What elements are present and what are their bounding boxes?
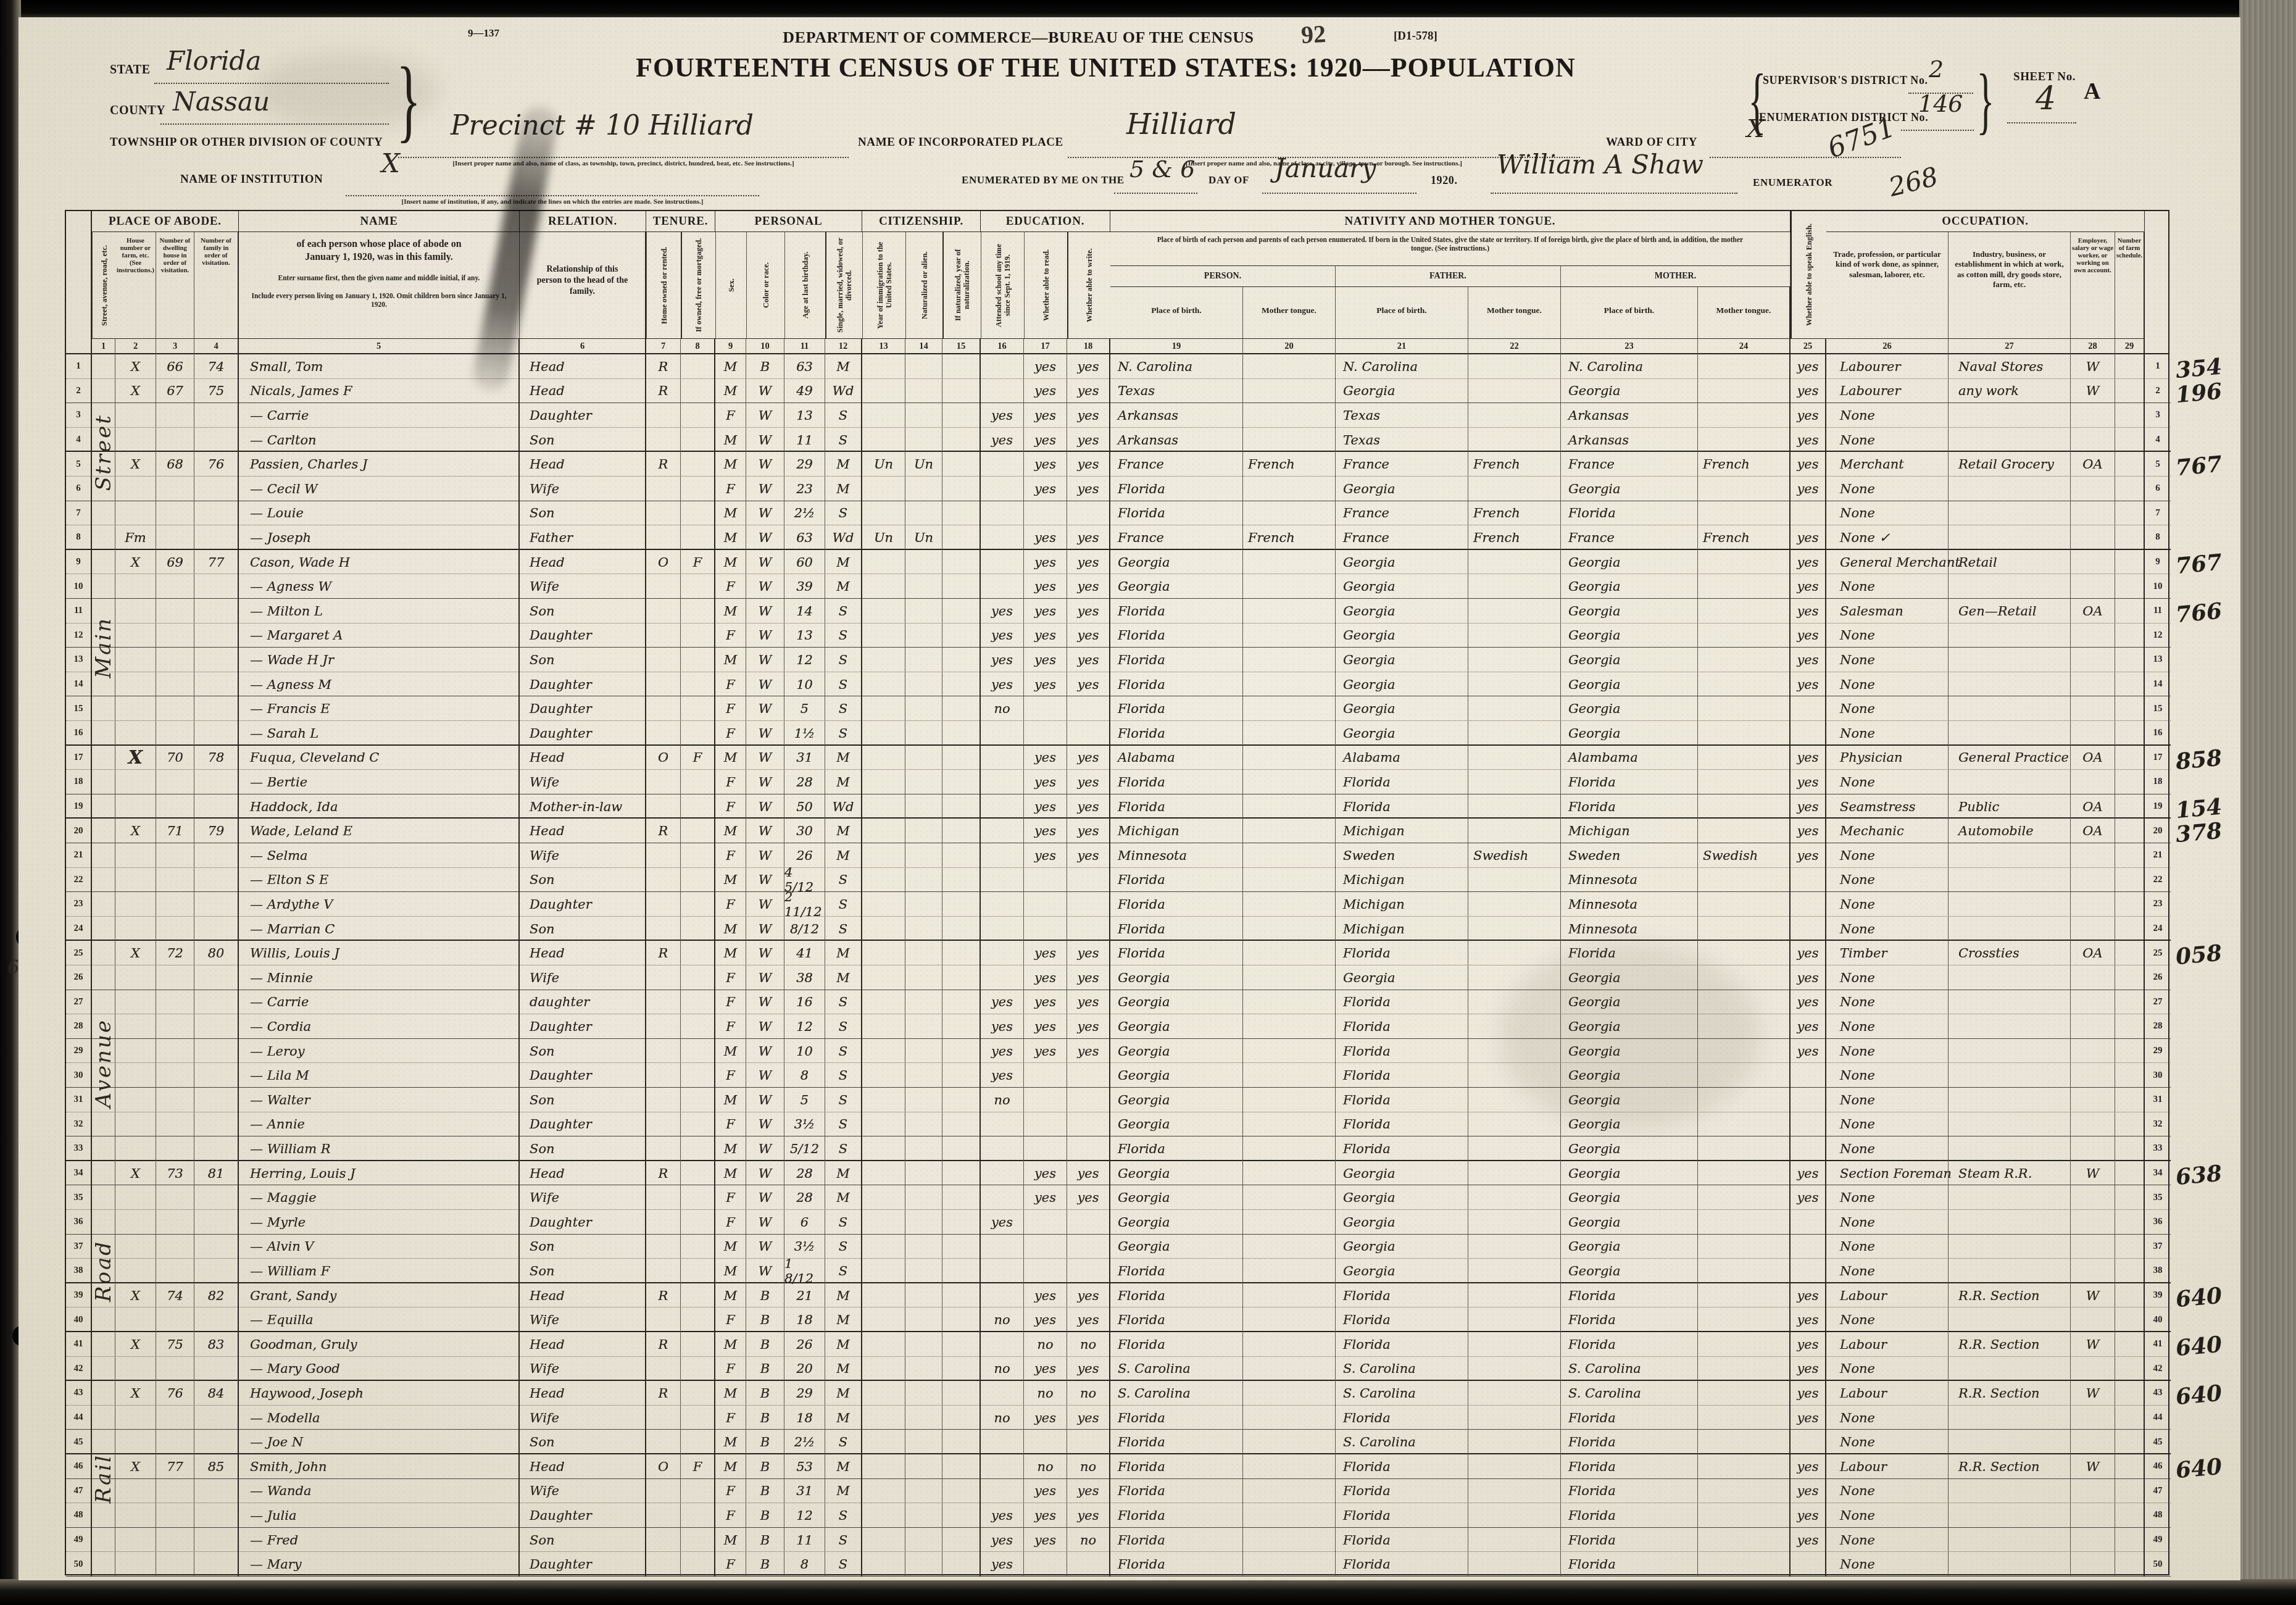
- value: French: [1473, 530, 1520, 545]
- cell-r12-c21: Georgia: [1336, 623, 1468, 648]
- cell-r46-c19: Florida: [1110, 1454, 1243, 1479]
- value: yes: [1077, 604, 1099, 619]
- cell-r38-c11: 1 8/12: [784, 1259, 825, 1283]
- cell-r41-c24: [1698, 1332, 1791, 1357]
- value: Son: [530, 1141, 555, 1156]
- cell-r10-c11: 39: [784, 574, 825, 599]
- table-row: 34X7381Herring, Louis JHeadRMW28MyesyesG…: [66, 1161, 2171, 1186]
- value: yes: [1077, 775, 1099, 790]
- value: — Carrie: [250, 994, 309, 1009]
- cell-r19-c3: [156, 794, 194, 819]
- cell-r40-c18: yes: [1067, 1307, 1110, 1332]
- value: B: [760, 1361, 770, 1376]
- value: Florida: [1343, 1459, 1391, 1474]
- cell-r15-c22: [1468, 696, 1561, 721]
- cell-r41-c21: Florida: [1336, 1332, 1468, 1357]
- value: None: [1840, 701, 1875, 716]
- header-col-9-number: 9: [715, 338, 746, 354]
- cell-r44-c3: [156, 1406, 194, 1430]
- value: Florida: [1343, 1533, 1391, 1548]
- value: 31: [796, 750, 813, 765]
- cell-r12-c8: [681, 623, 715, 648]
- value: yes: [1797, 1044, 1818, 1059]
- cell-r19-c26: Seamstress: [1826, 794, 1949, 819]
- table-row: 1X6674Small, TomHeadRMB63MyesyesN. Carol…: [66, 354, 2171, 379]
- header-group-nativity-and-mother-tongue-: NATIVITY AND MOTHER TONGUE.: [1110, 211, 1791, 232]
- cell-r41-c16: [981, 1332, 1024, 1357]
- cell-r46-c11: 53: [784, 1454, 825, 1479]
- value: S: [839, 1239, 847, 1254]
- cell-r35-c15: [942, 1185, 981, 1210]
- cell-r36-c19: Georgia: [1110, 1210, 1243, 1235]
- cell-r31-c27: [1949, 1088, 2071, 1112]
- row-number-right: 11: [2145, 599, 2171, 623]
- value: Sweden: [1343, 848, 1395, 863]
- value: yes: [1077, 530, 1099, 545]
- cell-r30-c24: [1698, 1063, 1791, 1088]
- cell-r27-c17: yes: [1024, 990, 1067, 1015]
- cell-r3-c20: [1243, 403, 1336, 428]
- cell-r47-c17: yes: [1024, 1479, 1067, 1504]
- cell-r10-c22: [1468, 574, 1561, 599]
- street-name-main: Main: [92, 550, 115, 746]
- cell-r42-c15: [942, 1357, 981, 1382]
- value: Florida: [1568, 506, 1616, 520]
- cell-r5-c21: France: [1336, 452, 1468, 477]
- cell-r49-c2: [115, 1528, 156, 1553]
- cell-r33-c9: M: [715, 1136, 746, 1161]
- cell-r21-c8: [681, 843, 715, 868]
- cell-r8-c17: yes: [1024, 525, 1067, 550]
- cell-r6-c17: yes: [1024, 477, 1067, 501]
- cell-r48-c6: Daughter: [520, 1503, 646, 1528]
- cell-r5-c14: Un: [905, 452, 942, 477]
- enum-district-label: ENUMERATION DISTRICT No.: [1759, 111, 1928, 124]
- value: Georgia: [1118, 1117, 1170, 1132]
- cell-r19-c22: [1468, 794, 1561, 819]
- cell-r17-c2: X: [115, 746, 156, 770]
- cell-r49-c3: [156, 1528, 194, 1553]
- value: 75: [167, 1337, 183, 1352]
- value: 12: [796, 652, 813, 667]
- value: Michigan: [1118, 823, 1179, 838]
- cell-r11-c26: Salesman: [1826, 599, 1949, 623]
- cell-r8-c21: France: [1336, 525, 1468, 550]
- cell-r39-c17: yes: [1024, 1283, 1067, 1308]
- cell-r27-c7: [646, 990, 681, 1015]
- cell-r23-c21: Michigan: [1336, 892, 1468, 917]
- cell-r4-c6: Son: [520, 428, 646, 452]
- value: yes: [1077, 652, 1099, 667]
- cell-r5-c5: Passien, Charles J: [239, 452, 520, 477]
- value: Georgia: [1118, 1068, 1170, 1083]
- cell-r33-c5: — William R: [239, 1136, 520, 1161]
- cell-r31-c19: Georgia: [1110, 1088, 1243, 1112]
- value: OA: [2082, 799, 2102, 814]
- cell-r47-c13: [862, 1479, 905, 1504]
- cell-r6-c2: [115, 477, 156, 501]
- farm-schedule-number: 058: [2174, 940, 2223, 970]
- cell-r27-c20: [1243, 990, 1336, 1015]
- cell-r32-c26: None: [1826, 1112, 1949, 1137]
- cell-r38-c21: Georgia: [1336, 1259, 1468, 1283]
- cell-r32-c24: [1698, 1112, 1791, 1137]
- cell-r28-c26: None: [1826, 1014, 1949, 1039]
- value: Georgia: [1568, 579, 1621, 594]
- cell-r38-c12: S: [825, 1259, 862, 1283]
- value: yes: [991, 408, 1013, 423]
- cell-r26-c6: Wife: [520, 965, 646, 990]
- cell-r33-c16: [981, 1136, 1024, 1161]
- cell-r47-c11: 31: [784, 1479, 825, 1504]
- cell-r40-c5: — Equilla: [239, 1307, 520, 1332]
- cell-r11-c3: [156, 599, 194, 623]
- cell-r10-c17: yes: [1024, 574, 1067, 599]
- cell-r27-c2: [115, 990, 156, 1015]
- cell-r33-c25: [1791, 1136, 1826, 1161]
- value: yes: [1797, 775, 1818, 790]
- value: Minnesota: [1118, 848, 1187, 863]
- value: Son: [530, 604, 555, 619]
- cell-r4-c17: yes: [1024, 428, 1067, 452]
- cell-r22-c13: [862, 868, 905, 893]
- cell-r40-c8: [681, 1307, 715, 1332]
- cell-r41-c3: 75: [156, 1332, 194, 1357]
- cell-r18-c8: [681, 770, 715, 794]
- header-col-24-number: 24: [1698, 338, 1791, 354]
- cell-r49-c24: [1698, 1528, 1791, 1553]
- cell-r29-c9: M: [715, 1039, 746, 1064]
- farm-schedule-number: 858: [2174, 744, 2223, 774]
- enumerated-month: January: [1275, 153, 1376, 183]
- value: None: [1840, 1141, 1875, 1156]
- cell-r47-c12: M: [825, 1479, 862, 1504]
- header-col-19-desc: Place of birth.: [1110, 286, 1243, 338]
- cell-r6-c16: [981, 477, 1024, 501]
- cell-r21-c2: [115, 843, 156, 868]
- cell-r30-c27: [1949, 1063, 2071, 1088]
- cell-r45-c9: M: [715, 1430, 746, 1454]
- value: 76: [167, 1386, 183, 1401]
- cell-r29-c14: [905, 1039, 942, 1064]
- cell-r4-c15: [942, 428, 981, 452]
- cell-r10-c28: [2071, 574, 2115, 599]
- cell-r29-c29: [2115, 1039, 2145, 1064]
- cell-r23-c25: [1791, 892, 1826, 917]
- enumerator-label: ENUMERATOR: [1753, 177, 1832, 189]
- cell-r36-c3: [156, 1210, 194, 1235]
- value: yes: [1077, 579, 1099, 594]
- cell-r25-c23: Florida: [1561, 941, 1698, 965]
- value: B: [760, 1533, 770, 1548]
- cell-r42-c27: [1949, 1357, 2071, 1382]
- cell-r25-c11: 41: [784, 941, 825, 965]
- header-col-10-desc: Color or race.: [746, 232, 784, 338]
- table-row: 45— Joe NSonMB2½SFloridaS. CarolinaFlori…: [66, 1430, 2171, 1454]
- cell-r35-c5: — Maggie: [239, 1185, 520, 1210]
- header-col-27-desc: Industry, business, or establishment in …: [1949, 232, 2071, 338]
- cell-r38-c27: [1949, 1259, 2071, 1283]
- cell-r27-c15: [942, 990, 981, 1015]
- cell-r19-c28: OA: [2071, 794, 2115, 819]
- value: W: [759, 1117, 772, 1132]
- value: S: [839, 628, 847, 643]
- cell-r3-c2: [115, 403, 156, 428]
- value: M: [836, 1288, 850, 1303]
- value: None: [1840, 1044, 1875, 1059]
- cell-r40-c17: yes: [1024, 1307, 1067, 1332]
- value: F: [726, 1068, 735, 1083]
- cell-r25-c21: Florida: [1336, 941, 1468, 965]
- value: Labour: [1840, 1288, 1887, 1303]
- cell-r15-c24: [1698, 696, 1791, 721]
- value: Georgia: [1568, 555, 1621, 570]
- value: yes: [1077, 799, 1099, 814]
- cell-r2-c7: R: [646, 379, 681, 404]
- header-name-desc: of each person whose place of abode onJa…: [239, 232, 520, 338]
- value: R: [659, 359, 668, 374]
- cell-r2-c23: Georgia: [1561, 379, 1698, 404]
- cell-r21-c16: [981, 843, 1024, 868]
- value: Crossties: [1958, 946, 2019, 961]
- row-number-right: 20: [2145, 819, 2171, 843]
- cell-r25-c5: Willis, Louis J: [239, 941, 520, 965]
- document-code: [D1-578]: [1394, 30, 1437, 43]
- value: Head: [530, 823, 565, 838]
- header-col-3-number: 3: [156, 338, 194, 354]
- cell-r48-c21: Florida: [1336, 1503, 1468, 1528]
- row-number-right: 45: [2145, 1430, 2171, 1454]
- cell-r9-c29: [2115, 550, 2145, 575]
- cell-r7-c9: M: [715, 501, 746, 526]
- value: — Joe N: [250, 1435, 303, 1449]
- cell-r40-c2: [115, 1307, 156, 1332]
- cell-r6-c12: M: [825, 477, 862, 501]
- cell-r47-c18: yes: [1067, 1479, 1110, 1504]
- value: F: [726, 775, 735, 790]
- cell-r12-c14: [905, 623, 942, 648]
- cell-r26-c9: F: [715, 965, 746, 990]
- cell-r43-c9: M: [715, 1381, 746, 1406]
- census-table: PLACE OF ABODE.NAMERELATION.TENURE.PERSO…: [65, 210, 2169, 1575]
- cell-r9-c26: General Merchant: [1826, 550, 1949, 575]
- cell-r11-c28: OA: [2071, 599, 2115, 623]
- value: None: [1840, 848, 1875, 863]
- cell-r15-c14: [905, 696, 942, 721]
- street-name-label: Avenue: [91, 1019, 116, 1107]
- cell-r20-c22: [1468, 819, 1561, 843]
- cell-r23-c10: W: [746, 892, 784, 917]
- value: None: [1840, 1435, 1875, 1449]
- table-row: 24— Marrian CSonMW8/12SFloridaMichiganMi…: [66, 917, 2171, 941]
- value: W: [759, 823, 772, 838]
- value: None: [1840, 628, 1875, 643]
- cell-r24-c19: Florida: [1110, 917, 1243, 941]
- value: Daughter: [530, 628, 592, 643]
- cell-r2-c11: 49: [784, 379, 825, 404]
- value: Georgia: [1343, 652, 1395, 667]
- cell-r25-c13: [862, 941, 905, 965]
- value: yes: [1034, 848, 1056, 863]
- cell-r35-c28: [2071, 1185, 2115, 1210]
- cell-r1-c21: N. Carolina: [1336, 354, 1468, 379]
- cell-r20-c5: Wade, Leland E: [239, 819, 520, 843]
- value: yes: [991, 1533, 1013, 1548]
- cell-r45-c16: [981, 1430, 1024, 1454]
- value: W: [759, 652, 772, 667]
- value: None: [1840, 1190, 1875, 1205]
- value: Florida: [1118, 1435, 1165, 1449]
- cell-r1-c10: B: [746, 354, 784, 379]
- value: N. Carolina: [1568, 359, 1643, 374]
- value: 10: [796, 1044, 813, 1059]
- cell-r13-c29: [2115, 648, 2145, 672]
- cell-r8-c16: [981, 525, 1024, 550]
- row-number-left: 39: [66, 1283, 92, 1308]
- value: F: [726, 994, 735, 1009]
- cell-r20-c24: [1698, 819, 1791, 843]
- cell-r10-c18: yes: [1067, 574, 1110, 599]
- cell-r18-c21: Florida: [1336, 770, 1468, 794]
- cell-r10-c16: [981, 574, 1024, 599]
- value: W: [759, 701, 772, 716]
- cell-r44-c26: None: [1826, 1406, 1949, 1430]
- value: Wife: [530, 970, 559, 985]
- cell-r23-c1: [92, 892, 115, 917]
- cell-r36-c5: — Myrle: [239, 1210, 520, 1235]
- cell-r24-c13: [862, 917, 905, 941]
- value: yes: [1077, 750, 1099, 765]
- value: S: [839, 701, 847, 716]
- value: yes: [1034, 1190, 1056, 1205]
- value: 2½: [794, 506, 815, 520]
- cell-r41-c9: M: [715, 1332, 746, 1357]
- cell-r42-c2: [115, 1357, 156, 1382]
- cell-r21-c22: Swedish: [1468, 843, 1561, 868]
- cell-r33-c18: [1067, 1136, 1110, 1161]
- table-row: 22— Elton S ESonMW4 5/12SFloridaMichigan…: [66, 868, 2171, 893]
- cell-r12-c27: [1949, 623, 2071, 648]
- cell-r21-c26: None: [1826, 843, 1949, 868]
- value: F: [726, 1411, 735, 1425]
- cell-r43-c10: B: [746, 1381, 784, 1406]
- value: Georgia: [1568, 1044, 1621, 1059]
- row-number-right: 40: [2145, 1307, 2171, 1332]
- cell-r36-c20: [1243, 1210, 1336, 1235]
- cell-r21-c18: yes: [1067, 843, 1110, 868]
- cell-r41-c11: 26: [784, 1332, 825, 1357]
- value: OA: [2082, 604, 2102, 619]
- value: M: [724, 1264, 738, 1278]
- cell-r33-c15: [942, 1136, 981, 1161]
- value: S: [839, 677, 847, 692]
- cell-r1-c26: Labourer: [1826, 354, 1949, 379]
- cell-r5-c16: [981, 452, 1024, 477]
- cell-r36-c8: [681, 1210, 715, 1235]
- cell-r39-c22: [1468, 1283, 1561, 1308]
- header-col-28-number: 28: [2071, 338, 2115, 354]
- row-number-left: 38: [66, 1259, 92, 1283]
- value: Georgia: [1118, 1239, 1170, 1254]
- cell-r40-c20: [1243, 1307, 1336, 1332]
- cell-r50-c6: Daughter: [520, 1552, 646, 1577]
- value: None: [1840, 1117, 1875, 1132]
- value: W: [759, 970, 772, 985]
- cell-r42-c11: 20: [784, 1357, 825, 1382]
- cell-r13-c20: [1243, 648, 1336, 672]
- cell-r34-c24: [1698, 1161, 1791, 1186]
- value: yes: [1034, 579, 1056, 594]
- table-row: 30— Lila MDaughterFW8SyesGeorgiaFloridaG…: [66, 1063, 2171, 1088]
- cell-r8-c12: Wd: [825, 525, 862, 550]
- cell-r27-c8: [681, 990, 715, 1015]
- cell-r47-c7: [646, 1479, 681, 1504]
- cell-r42-c25: yes: [1791, 1357, 1826, 1382]
- cell-r24-c20: [1243, 917, 1336, 941]
- row-number-right: 39: [2145, 1283, 2171, 1308]
- row-number-left: 23: [66, 892, 92, 917]
- cell-r35-c20: [1243, 1185, 1336, 1210]
- row-number-left: 47: [66, 1479, 92, 1504]
- value: yes: [1797, 1019, 1818, 1034]
- value: M: [724, 946, 738, 961]
- cell-r48-c28: [2071, 1503, 2115, 1528]
- cell-r39-c29: [2115, 1283, 2145, 1308]
- cell-r21-c1: [92, 843, 115, 868]
- value: France: [1568, 457, 1615, 472]
- cell-r46-c27: R.R. Section: [1949, 1454, 2071, 1479]
- value: M: [836, 1361, 850, 1376]
- header-col-8-number: 8: [681, 338, 715, 354]
- value: None: [1840, 1533, 1875, 1548]
- value: Wife: [530, 848, 559, 863]
- value: S: [839, 408, 847, 423]
- cell-r21-c21: Sweden: [1336, 843, 1468, 868]
- cell-r24-c6: Son: [520, 917, 646, 941]
- value: yes: [1034, 1019, 1056, 1034]
- cell-r2-c26: Labourer: [1826, 379, 1949, 404]
- value: Wife: [530, 481, 559, 496]
- value: Florida: [1118, 799, 1165, 814]
- cell-r8-c25: yes: [1791, 525, 1826, 550]
- row-number-left: 10: [66, 574, 92, 599]
- cell-r16-c13: [862, 721, 905, 746]
- cell-r6-c18: yes: [1067, 477, 1110, 501]
- cell-r23-c27: [1949, 892, 2071, 917]
- value: yes: [1077, 1312, 1099, 1327]
- value: W: [759, 1093, 772, 1107]
- cell-r9-c8: F: [681, 550, 715, 575]
- header-col-29-desc: Number of farm schedule.: [2115, 232, 2145, 338]
- cell-r43-c2: X: [115, 1381, 156, 1406]
- cell-r12-c12: S: [825, 623, 862, 648]
- cell-r16-c3: [156, 721, 194, 746]
- cell-r48-c16: yes: [981, 1503, 1024, 1528]
- header-col-17-number: 17: [1024, 338, 1067, 354]
- value: W: [759, 897, 772, 912]
- cell-r28-c19: Georgia: [1110, 1014, 1243, 1039]
- cell-r28-c13: [862, 1014, 905, 1039]
- value: R: [659, 1337, 668, 1352]
- value: S: [839, 994, 847, 1009]
- value: Georgia: [1568, 726, 1621, 741]
- value: Florida: [1343, 1557, 1391, 1572]
- row-number-left: 1: [66, 354, 92, 379]
- value: Wd: [832, 799, 854, 814]
- value: OA: [2082, 457, 2102, 472]
- value: — Wade H Jr: [250, 652, 334, 667]
- header-group-name: NAME: [239, 211, 520, 232]
